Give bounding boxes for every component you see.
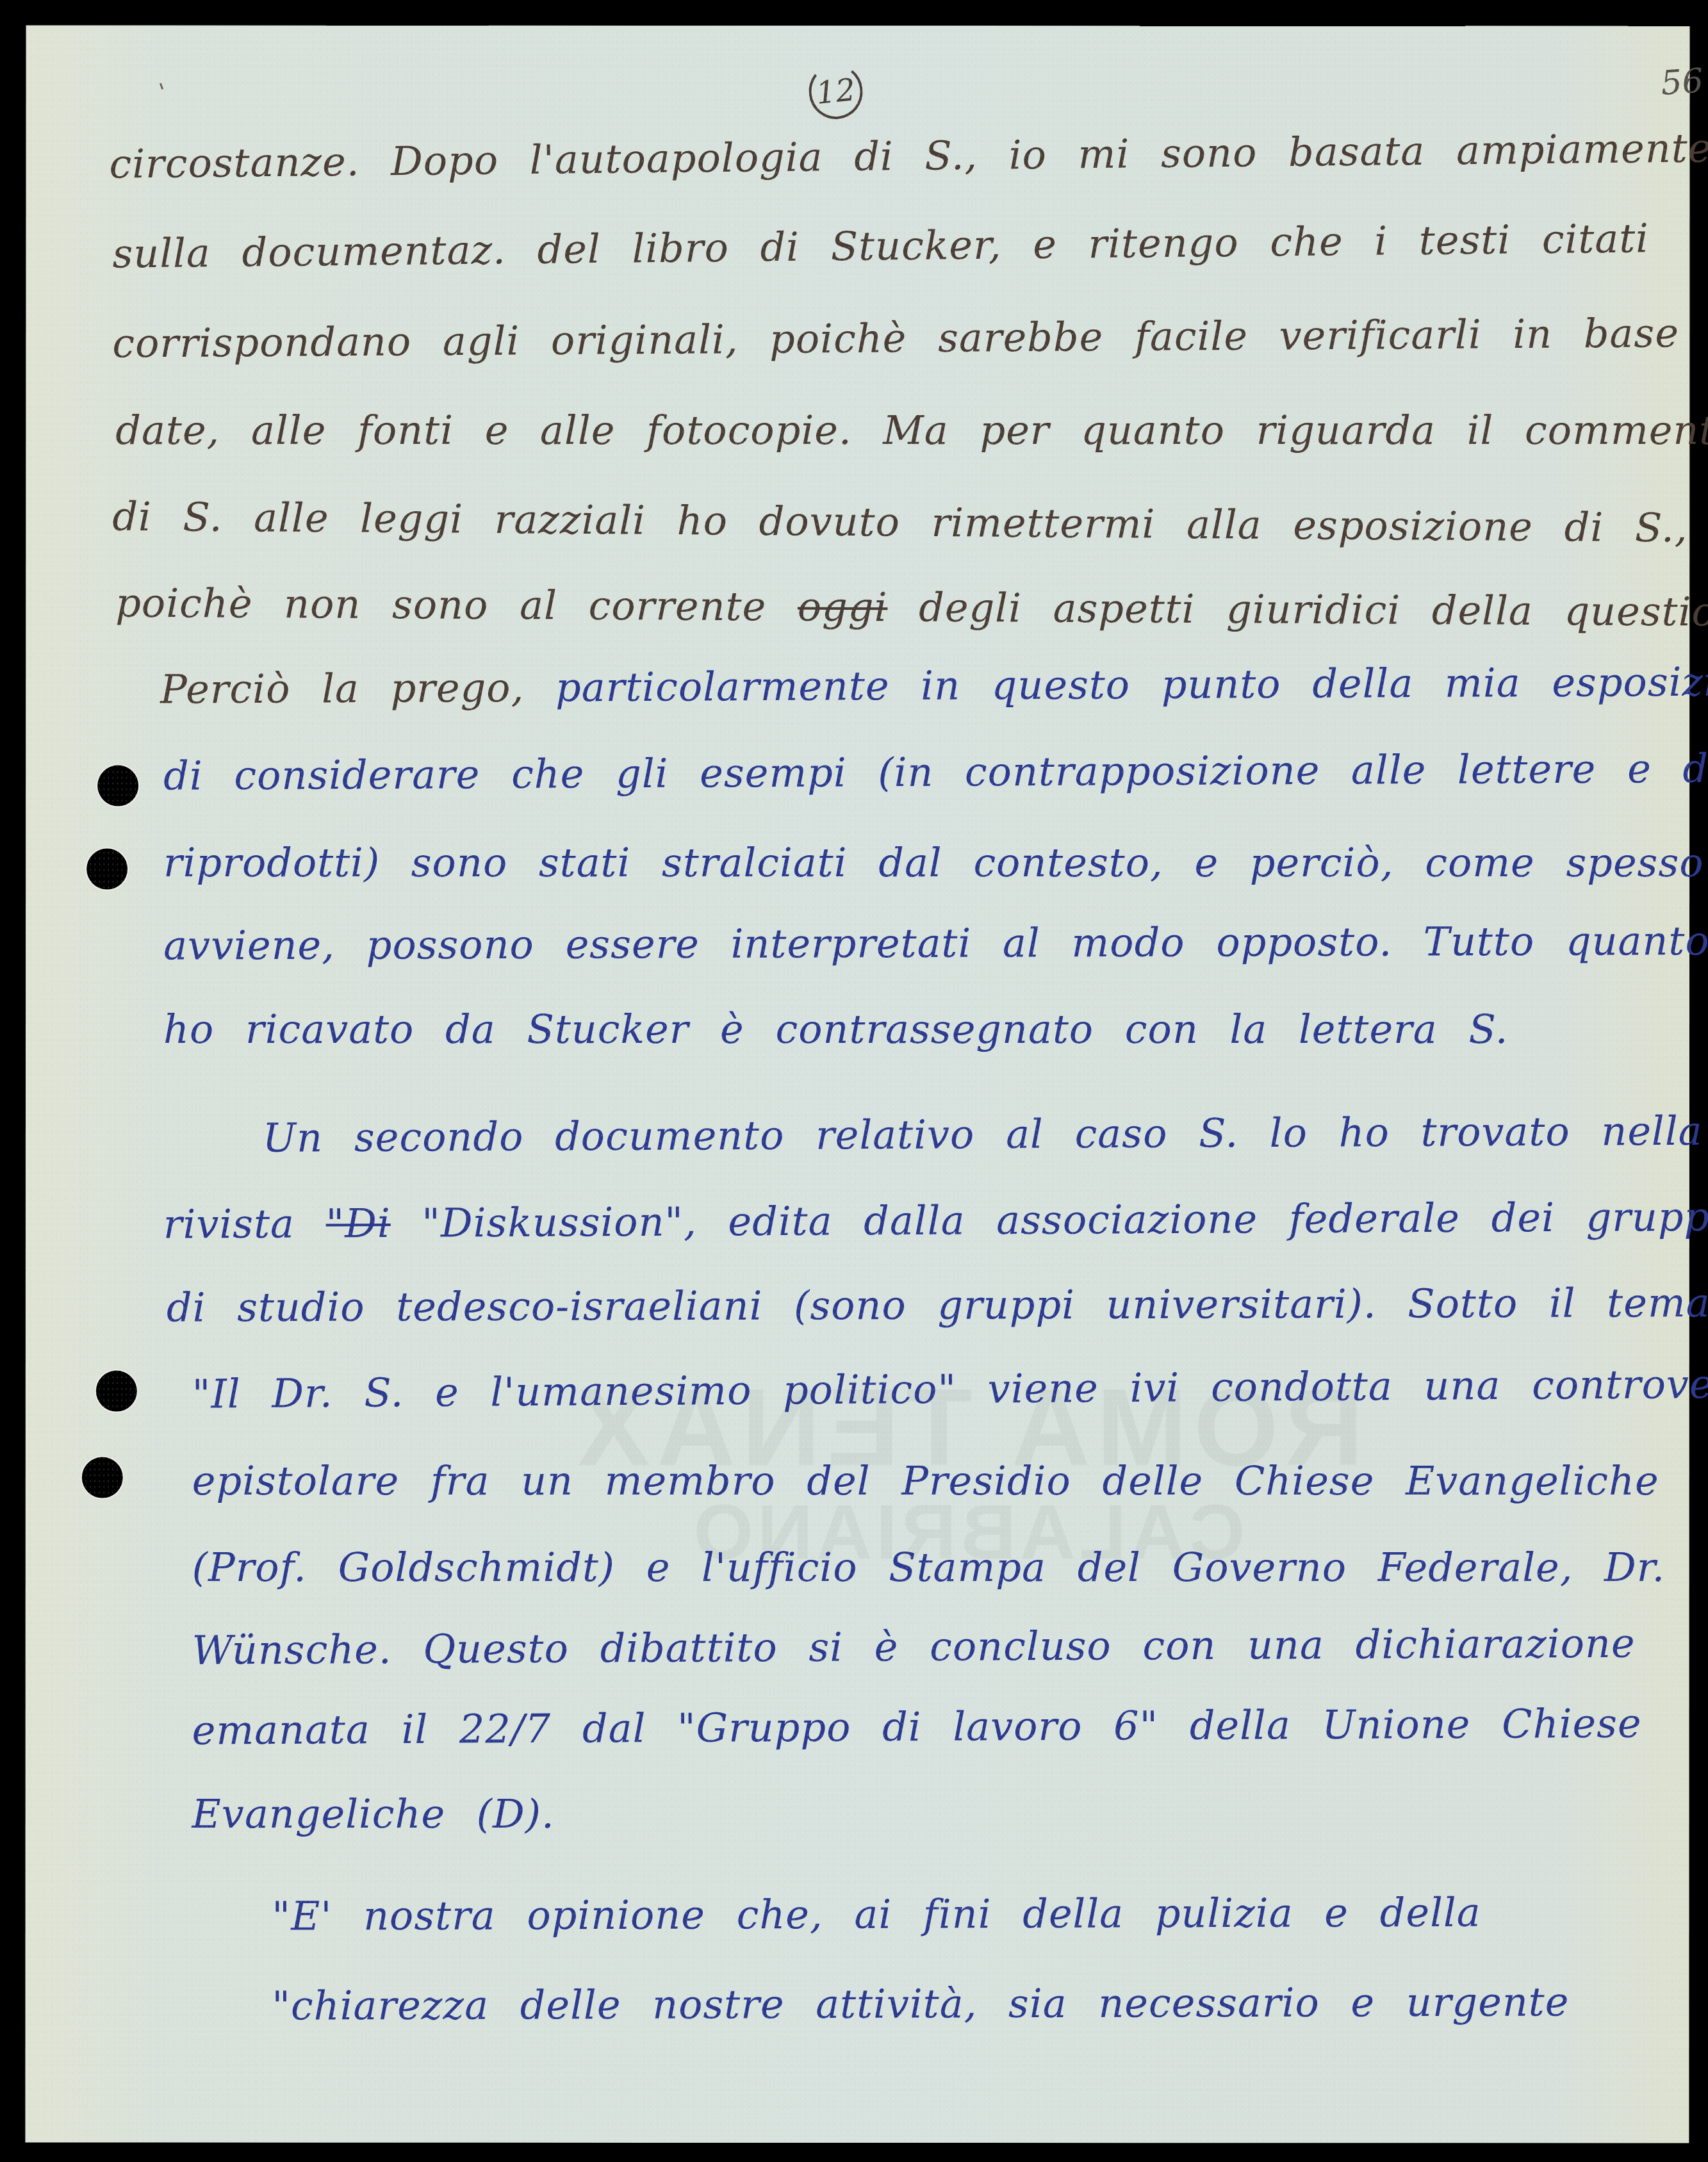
stray-pen-mark — [160, 83, 163, 89]
text-line: circostanze. Dopo l'autoapologia di S., … — [109, 124, 1708, 187]
text-line: "Il Dr. S. e l'umanesimo politico" viene… — [192, 1360, 1708, 1418]
text-line: ho ricavato da Stucker è contrassegnato … — [163, 1006, 1508, 1053]
punch-hole — [86, 849, 127, 890]
text-line: Perciò la prego, particolarmente in ques… — [160, 658, 1708, 713]
text-line: rivista "Di "Diskussion", edita dalla as… — [163, 1193, 1708, 1248]
text-line: corrispondano agli originali, poichè sar… — [112, 309, 1708, 366]
text-line: riprodotti) sono stati stralciati dal co… — [163, 839, 1704, 887]
text-line: (Prof. Goldschmidt) e l'ufficio Stampa d… — [192, 1544, 1666, 1591]
text-line: di considerare che gli esempi (in contra… — [163, 744, 1708, 799]
archive-page-number: 56 — [1660, 61, 1705, 102]
struck-word: "Di — [325, 1200, 390, 1247]
manuscript-page: ROMA TENAX CALABRIANO 12 56 circostanze.… — [25, 26, 1689, 2143]
text-line: sulla documentaz. del libro di Stucker, … — [112, 215, 1649, 277]
text-line: Evangeliche (D). — [192, 1790, 555, 1837]
punch-hole — [82, 1457, 123, 1498]
text-line: di studio tedesco-israeliani (sono grupp… — [167, 1279, 1708, 1331]
text-line: "E' nostra opinione che, ai fini della p… — [272, 1889, 1481, 1940]
text-line: Un secondo documento relativo al caso S.… — [263, 1108, 1703, 1161]
struck-word: oggi — [798, 584, 888, 631]
circled-page-number: 12 — [806, 61, 866, 122]
punch-hole — [97, 766, 138, 807]
text-line: Wünsche. Questo dibattito si è concluso … — [192, 1620, 1636, 1674]
text-line: emanata il 22/7 dal "Gruppo di lavoro 6"… — [192, 1700, 1641, 1754]
text-line: epistolare fra un membro del Presidio de… — [192, 1457, 1659, 1505]
text-line: date, alle fonti e alle fotocopie. Ma pe… — [115, 407, 1708, 454]
text-line: avviene, possono essere interpretati al … — [163, 917, 1708, 969]
punch-hole — [96, 1371, 137, 1412]
text-line: di S. alle leggi razziali ho dovuto rime… — [112, 493, 1688, 552]
text-line: poichè non sono al corrente oggi degli a… — [115, 580, 1708, 636]
text-line: "chiarezza delle nostre attività, sia ne… — [272, 1978, 1569, 2029]
